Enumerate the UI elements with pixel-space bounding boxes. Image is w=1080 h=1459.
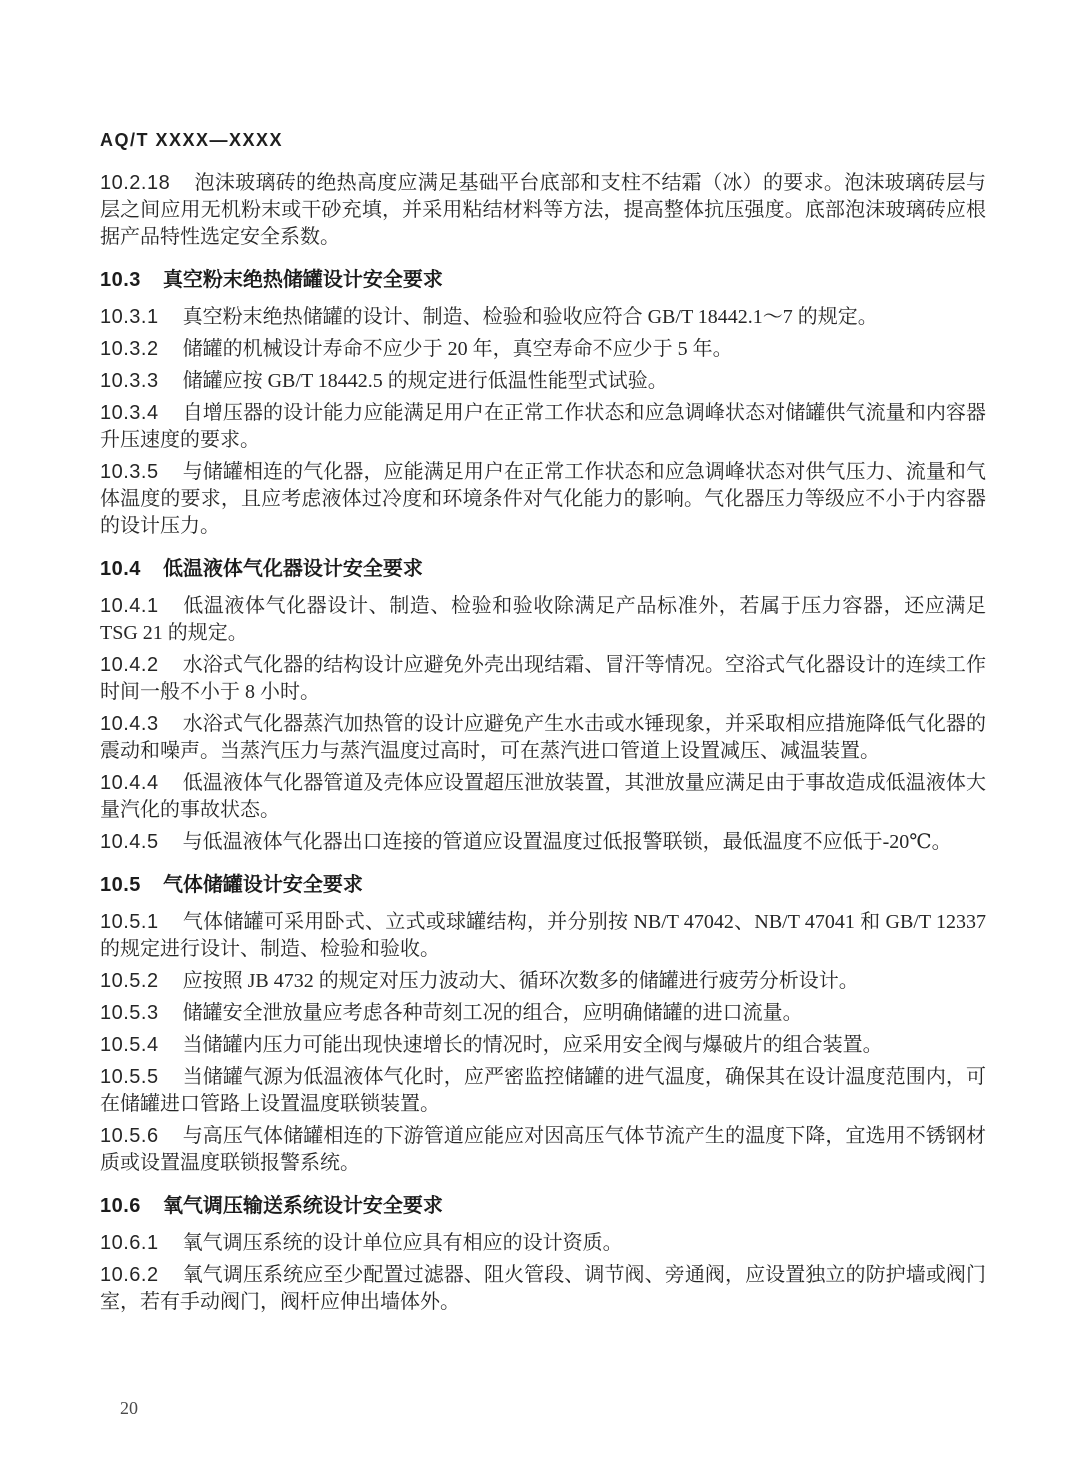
clause-paragraph: 10.5.1气体储罐可采用卧式、立式或球罐结构，并分别按 NB/T 47042、… (100, 909, 986, 963)
standard-code-text: AQ/T XXXX—XXXX (100, 130, 283, 150)
section-heading: 10.6氧气调压输送系统设计安全要求 (100, 1193, 986, 1220)
clause-number: 10.4.5 (100, 831, 159, 853)
clause-text: 与高压气体储罐相连的下游管道应能应对因高压气体节流产生的温度下降，宜选用不锈钢材… (100, 1125, 986, 1174)
clause-text: 当储罐内压力可能出现快速增长的情况时，应采用安全阀与爆破片的组合装置。 (183, 1034, 883, 1056)
section-title: 真空粉末绝热储罐设计安全要求 (163, 269, 443, 291)
clause-text: 应按照 JB 4732 的规定对压力波动大、循环次数多的储罐进行疲劳分析设计。 (183, 970, 859, 992)
section-title: 气体储罐设计安全要求 (163, 874, 363, 896)
clause-number: 10.2.18 (100, 172, 170, 194)
clause-text: 与低温液体气化器出口连接的管道应设置温度过低报警联锁，最低温度不应低于-20℃。 (183, 831, 952, 853)
clause-paragraph: 10.5.2应按照 JB 4732 的规定对压力波动大、循环次数多的储罐进行疲劳… (100, 968, 986, 995)
clause-text: 储罐的机械设计寿命不应少于 20 年，真空寿命不应少于 5 年。 (183, 338, 733, 360)
clause-paragraph: 10.4.3水浴式气化器蒸汽加热管的设计应避免产生水击或水锤现象，并采取相应措施… (100, 711, 986, 765)
clause-number: 10.5.3 (100, 1002, 159, 1024)
clause-paragraph: 10.3.3储罐应按 GB/T 18442.5 的规定进行低温性能型式试验。 (100, 368, 986, 395)
clause-text: 氧气调压系统的设计单位应具有相应的设计资质。 (183, 1232, 623, 1254)
clause-text: 低温液体气化器管道及壳体应设置超压泄放装置，其泄放量应满足由于事故造成低温液体大… (100, 772, 986, 821)
clause-text: 气体储罐可采用卧式、立式或球罐结构，并分别按 NB/T 47042、NB/T 4… (100, 911, 986, 960)
clause-text: 储罐应按 GB/T 18442.5 的规定进行低温性能型式试验。 (183, 370, 668, 392)
clause-text: 水浴式气化器的结构设计应避免外壳出现结霜、冒汗等情况。空浴式气化器设计的连续工作… (100, 654, 986, 703)
clause-number: 10.3.1 (100, 306, 159, 328)
clause-text: 自增压器的设计能力应能满足用户在正常工作状态和应急调峰状态对储罐供气流量和内容器… (100, 402, 986, 451)
clause-number: 10.3.3 (100, 370, 159, 392)
clause-number: 10.3.4 (100, 402, 159, 424)
clause-paragraph: 10.6.1氧气调压系统的设计单位应具有相应的设计资质。 (100, 1230, 986, 1257)
section-title: 低温液体气化器设计安全要求 (163, 558, 423, 580)
clause-number: 10.5.1 (100, 911, 159, 933)
section-title: 氧气调压输送系统设计安全要求 (163, 1195, 443, 1217)
clause-number: 10.4.2 (100, 654, 159, 676)
clause-number: 10.6.2 (100, 1264, 159, 1286)
clause-number: 10.4.3 (100, 713, 159, 735)
clause-text: 氧气调压系统应至少配置过滤器、阻火管段、调节阀、旁通阀，应设置独立的防护墙或阀门… (100, 1264, 986, 1313)
clause-text: 真空粉末绝热储罐的设计、制造、检验和验收应符合 GB/T 18442.1～7 的… (183, 306, 878, 328)
clause-paragraph: 10.4.1低温液体气化器设计、制造、检验和验收除满足产品标准外，若属于压力容器… (100, 593, 986, 647)
clause-text: 当储罐气源为低温液体气化时，应严密监控储罐的进气温度，确保其在设计温度范围内，可… (100, 1066, 986, 1115)
section-heading: 10.4低温液体气化器设计安全要求 (100, 556, 986, 583)
clause-number: 10.3.5 (100, 461, 159, 483)
clause-paragraph: 10.6.2氧气调压系统应至少配置过滤器、阻火管段、调节阀、旁通阀，应设置独立的… (100, 1262, 986, 1316)
section-heading: 10.5气体储罐设计安全要求 (100, 872, 986, 899)
section-number: 10.4 (100, 558, 141, 580)
clause-text: 泡沫玻璃砖的绝热高度应满足基础平台底部和支柱不结霜（冰）的要求。泡沫玻璃砖层与层… (100, 172, 986, 248)
clause-number: 10.5.6 (100, 1125, 159, 1147)
clause-number: 10.3.2 (100, 338, 159, 360)
clause-number: 10.5.5 (100, 1066, 159, 1088)
page-number: 20 (120, 1398, 138, 1418)
document-page: AQ/T XXXX—XXXX 10.2.18泡沫玻璃砖的绝热高度应满足基础平台底… (0, 0, 1080, 1459)
clause-paragraph: 10.5.4当储罐内压力可能出现快速增长的情况时，应采用安全阀与爆破片的组合装置… (100, 1032, 986, 1059)
section-number: 10.3 (100, 269, 141, 291)
section-number: 10.6 (100, 1195, 141, 1217)
clause-paragraph: 10.3.1真空粉末绝热储罐的设计、制造、检验和验收应符合 GB/T 18442… (100, 304, 986, 331)
clause-number: 10.4.4 (100, 772, 159, 794)
clause-number: 10.5.4 (100, 1034, 159, 1056)
document-body: 10.2.18泡沫玻璃砖的绝热高度应满足基础平台底部和支柱不结霜（冰）的要求。泡… (100, 170, 986, 1321)
clause-paragraph: 10.4.2水浴式气化器的结构设计应避免外壳出现结霜、冒汗等情况。空浴式气化器设… (100, 652, 986, 706)
clause-text: 水浴式气化器蒸汽加热管的设计应避免产生水击或水锤现象，并采取相应措施降低气化器的… (100, 713, 986, 762)
section-number: 10.5 (100, 874, 141, 896)
clause-paragraph: 10.5.6与高压气体储罐相连的下游管道应能应对因高压气体节流产生的温度下降，宜… (100, 1123, 986, 1177)
clause-paragraph: 10.4.5与低温液体气化器出口连接的管道应设置温度过低报警联锁，最低温度不应低… (100, 829, 986, 856)
clause-paragraph: 10.5.3储罐安全泄放量应考虑各种苛刻工况的组合，应明确储罐的进口流量。 (100, 1000, 986, 1027)
page-footer: 20 (120, 1398, 138, 1419)
clause-paragraph: 10.2.18泡沫玻璃砖的绝热高度应满足基础平台底部和支柱不结霜（冰）的要求。泡… (100, 170, 986, 251)
clause-number: 10.4.1 (100, 595, 159, 617)
clause-paragraph: 10.5.5当储罐气源为低温液体气化时，应严密监控储罐的进气温度，确保其在设计温… (100, 1064, 986, 1118)
standard-code-header: AQ/T XXXX—XXXX (100, 130, 283, 151)
clause-text: 储罐安全泄放量应考虑各种苛刻工况的组合，应明确储罐的进口流量。 (183, 1002, 803, 1024)
clause-paragraph: 10.3.2储罐的机械设计寿命不应少于 20 年，真空寿命不应少于 5 年。 (100, 336, 986, 363)
clause-text: 与储罐相连的气化器，应能满足用户在正常工作状态和应急调峰状态对供气压力、流量和气… (100, 461, 986, 537)
clause-text: 低温液体气化器设计、制造、检验和验收除满足产品标准外，若属于压力容器，还应满足 … (100, 595, 986, 644)
clause-paragraph: 10.4.4低温液体气化器管道及壳体应设置超压泄放装置，其泄放量应满足由于事故造… (100, 770, 986, 824)
clause-number: 10.6.1 (100, 1232, 159, 1254)
clause-paragraph: 10.3.5与储罐相连的气化器，应能满足用户在正常工作状态和应急调峰状态对供气压… (100, 459, 986, 540)
clause-number: 10.5.2 (100, 970, 159, 992)
clause-paragraph: 10.3.4自增压器的设计能力应能满足用户在正常工作状态和应急调峰状态对储罐供气… (100, 400, 986, 454)
section-heading: 10.3真空粉末绝热储罐设计安全要求 (100, 267, 986, 294)
